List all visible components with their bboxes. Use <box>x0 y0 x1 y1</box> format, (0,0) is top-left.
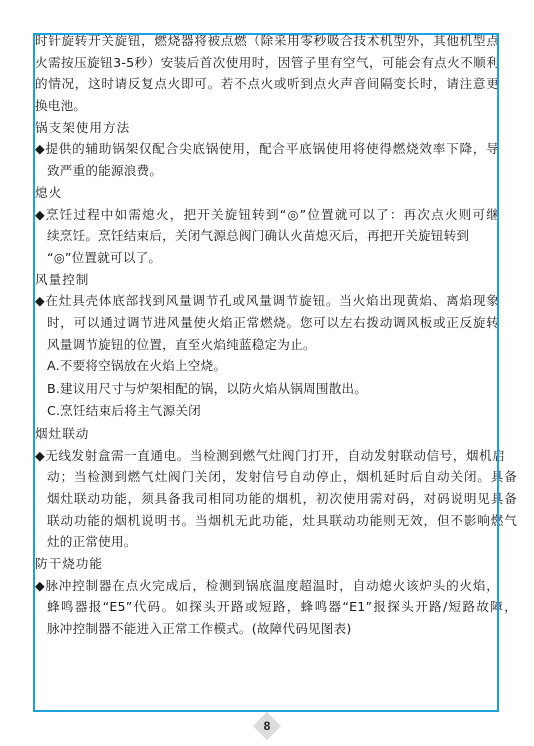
text-line: 脉冲控制器不能进入正常工作模式。(故障代码见图表) <box>35 618 499 640</box>
sub-item-a: A.不要将空锅放在火焰上空烧。 <box>35 355 499 378</box>
text-line: “◎”位置就可以了。 <box>35 247 499 269</box>
section-air-volume-control: 风量控制 ◆在灶具壳体底部找到风量调节孔或风量调节旋钮。当火焰出现黄焰、离焰现象… <box>35 269 499 423</box>
bullet-line: ◆在灶具壳体底部找到风量调节孔或风量调节旋钮。当火焰出现黄焰、离焰现象 <box>35 290 499 312</box>
bullet-line: ◆提供的辅助锅架仅配合尖底锅使用，配合平底锅使用将使得燃烧效率下降，导 <box>35 138 499 160</box>
bullet-line: ◆脉冲控制器在点火完成后，检测到锅底温度超温时，自动熄火该炉头的火焰， <box>35 575 499 597</box>
text-line: 联动功能的烟机说明书。当烟机无此功能，灶具联动功能则无效，但不影响燃气 <box>35 510 517 532</box>
section-title: 风量控制 <box>35 269 499 291</box>
section-title: 熄火 <box>35 182 499 204</box>
bullet-line: ◆无线发射盒需一直通电。当检测到燃气灶阀门打开，自动发射联动信号，烟机启 <box>35 445 505 467</box>
diamond-bullet-icon: ◆ <box>35 578 45 593</box>
text-line: 换电池。 <box>35 95 499 117</box>
diamond-bullet-icon: ◆ <box>35 141 45 156</box>
diamond-bullet-icon: ◆ <box>35 207 46 222</box>
manual-page-content: 时针旋转开关旋钮，燃烧器将被点燃（除采用零秒吸合技术机型外，其他机型点 火需按压… <box>35 30 499 640</box>
page-number: 8 <box>257 716 277 736</box>
section-title: 烟灶联动 <box>35 423 499 445</box>
section-title: 锅支架使用方法 <box>35 117 499 139</box>
diamond-bullet-icon: ◆ <box>35 293 45 308</box>
section-hood-stove-linkage: 烟灶联动 ◆无线发射盒需一直通电。当检测到燃气灶阀门打开，自动发射联动信号，烟机… <box>35 423 499 553</box>
text-line: 续烹饪。烹饪结束后，关闭气源总阀门确认火苗熄灭后，再把开关旋钮转到 <box>35 225 499 247</box>
section-flame-off: 熄火 ◆烹饪过程中如需熄火，把开关旋钮转到“◎”位置就可以了：再次点火则可继 续… <box>35 182 499 269</box>
bullet-line: ◆烹饪过程中如需熄火，把开关旋钮转到“◎”位置就可以了：再次点火则可继 <box>35 204 499 226</box>
text-line: 时针旋转开关旋钮，燃烧器将被点燃（除采用零秒吸合技术机型外，其他机型点 <box>35 30 499 52</box>
section-dry-burn-protection: 防干烧功能 ◆脉冲控制器在点火完成后，检测到锅底温度超温时，自动熄火该炉头的火焰… <box>35 553 499 640</box>
section-title: 防干烧功能 <box>35 553 499 575</box>
diamond-bullet-icon: ◆ <box>35 448 45 463</box>
text-line: 动；当检测到燃气灶阀门关闭，发射信号自动停止，烟机延时后自动关闭。具备 <box>35 466 517 488</box>
text-line: 的情况，这时请反复点火即可。若不点火或听到点火声音间隔变长时，请注意更 <box>35 73 499 95</box>
text-line: 时，可以通过调节进风量使火焰正常燃烧。您可以左右拨动调风板或正反旋转 <box>35 312 499 334</box>
text-line: 蜂鸣器报“E5”代码。如探头开路或短路，蜂鸣器“E1”报探头开路/短路故障， <box>35 596 517 618</box>
text-line: 致严重的能源浪费。 <box>35 160 499 182</box>
intro-paragraph: 时针旋转开关旋钮，燃烧器将被点燃（除采用零秒吸合技术机型外，其他机型点 火需按压… <box>35 30 499 117</box>
text-line: 风量调节旋钮的位置，直至火焰纯蓝稳定为止。 <box>35 334 499 356</box>
section-pot-stand: 锅支架使用方法 ◆提供的辅助锅架仅配合尖底锅使用，配合平底锅使用将使得燃烧效率下… <box>35 117 499 182</box>
text-line: 灶的正常使用。 <box>35 531 499 553</box>
sub-item-c: C.烹饪结束后将主气源关闭 <box>35 400 499 423</box>
sub-item-b: B.建议用尺寸与炉架相配的锅，以防火焰从锅周围散出。 <box>35 378 499 401</box>
text-line: 烟灶联动功能，须具备我司相同功能的烟机，初次使用需对码，对码说明见具备 <box>35 488 517 510</box>
text-line: 火需按压旋钮3-5秒）安装后首次使用时，因管子里有空气，可能会有点火不顺利 <box>35 52 499 74</box>
